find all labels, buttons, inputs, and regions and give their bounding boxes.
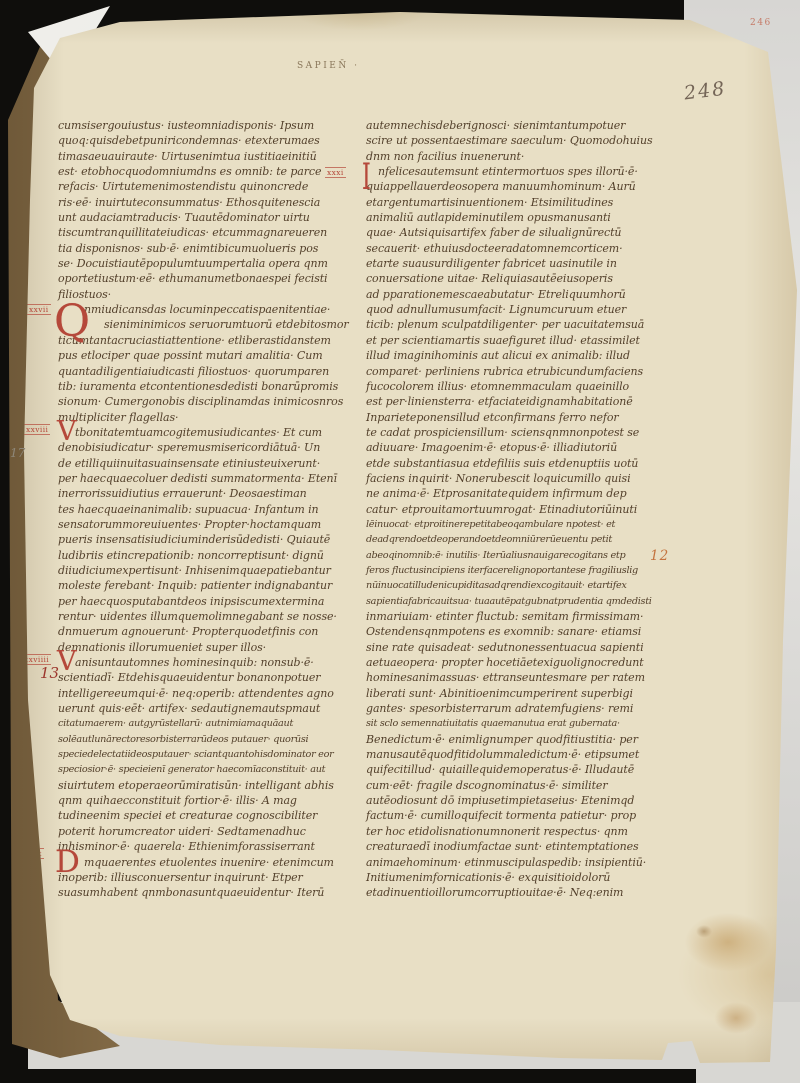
manuscript-photo: 246 SAPIEN̄ · 248 xxvii xxviii xxviiii x… <box>0 0 800 1083</box>
manuscript-line: se· Docuistiautēpopulumtuumpertalia oper… <box>58 256 350 271</box>
manuscript-line: pueris insensatisiudiciuminderisūdedisti… <box>58 532 350 547</box>
manuscript-line: adiuuare· Imagoenim·ē· etopus·ē· illiadi… <box>366 440 656 455</box>
manuscript-line: unt audaciamtraducis· Tuautēdominator ui… <box>58 210 350 225</box>
manuscript-line: citatumaerem· autgyrūstellarū· autnimiam… <box>58 716 350 731</box>
manuscript-line: ticib: plenum sculpatdiligenter· per uac… <box>366 317 656 332</box>
manuscript-line: etadinuentioillorumcorruptiouitae·ē· Neq… <box>366 885 656 900</box>
manuscript-line: Initiumenimfornicationis·ē· exquisitioid… <box>366 870 656 885</box>
manuscript-line: siuirtutem etoperaeorūmiratisūn· intelli… <box>58 778 350 793</box>
manuscript-line: uerunt quis·eēt· artifex· sedautignemaut… <box>58 701 350 716</box>
manuscript-line: factum·ē· cumilloquifecit tormenta patie… <box>366 808 656 823</box>
manuscript-line: filiostuos· <box>58 287 350 302</box>
margin-label-xxviii: xxviii <box>24 424 50 435</box>
manuscript-line: tiscumtranquillitateiudicas· etcummagnar… <box>58 225 350 240</box>
manuscript-line: scientiadī· Etdehisquaeuidentur bonanonp… <box>58 670 350 685</box>
manuscript-line: Inparieteponensillud etconfirmans ferro … <box>366 410 656 425</box>
manuscript-line: sensatorummoreuiuentes· Propter·hoctamqu… <box>58 517 350 532</box>
text-column-right: I autemnechisdeberignosci· sienimtantump… <box>366 118 656 901</box>
manuscript-line: pus etlociper quae possint mutari amalit… <box>58 348 350 363</box>
manuscript-line: dnmuerum agnouerunt· Propterquodetfinis … <box>58 624 350 639</box>
manuscript-line: et per scientiamartis suaefiguret illud·… <box>366 333 656 348</box>
manuscript-line: sieniminimicos seruorumtuorū etdebitosmo… <box>58 317 350 332</box>
manuscript-line: quae· Autsiquisartifex faber de silualig… <box>366 225 656 240</box>
manuscript-line: tes haecquaeinanimalib: supuacua· Infant… <box>58 502 350 517</box>
manuscript-line: tib: iuramenta etcontentionesdedisti bon… <box>58 379 350 394</box>
manuscript-line: quiappellauerdeosopera manuumhominum· Au… <box>366 179 656 194</box>
manuscript-line: quod adnullumusumfacit· Lignumcuruum etu… <box>366 302 656 317</box>
manuscript-line: inerrorissuidiutius errauerunt· Deosaest… <box>58 486 350 501</box>
initial-letter-i: I <box>362 160 371 196</box>
manuscript-line: ne anima·ē· Etprosanitatequidem infirmum… <box>366 486 656 501</box>
left-column-lines: cumsisergouiustus· iusteomniadisponis· I… <box>58 118 350 901</box>
manuscript-line: lēinuocat· etproitinerepetitabeoqambular… <box>366 517 656 532</box>
manuscript-line: nūinuocatilludenicupiditasadqrendiexcogi… <box>366 578 656 593</box>
manuscript-line: speciosior·ē· specieienī generator haeco… <box>58 762 350 777</box>
manuscript-line: diiudiciumexpertisunt· Inhisenimquaepati… <box>58 563 350 578</box>
manuscript-line: feros fluctusincipiens iterfacerelignopo… <box>366 563 656 578</box>
manuscript-line: tudineenim speciei et creaturae cognosci… <box>58 808 350 823</box>
margin-label-xxvii: xxvii <box>27 304 51 315</box>
manuscript-line: qnm quihaecconstituit fortior·ē· illis· … <box>58 793 350 808</box>
initial-letter-q: Q <box>54 300 90 344</box>
manuscript-line: de etilliquiinuitasuainsensate etiniuste… <box>58 456 350 471</box>
pencil-number: 17 <box>10 446 25 460</box>
manuscript-line: manusautēquodfitidolummaledictum·ē· etip… <box>366 747 656 762</box>
manuscript-line: autēodiosunt dō impiusetimpietaseius· Et… <box>366 793 656 808</box>
manuscript-line: inoperib: illiusconuersentur inquirunt· … <box>58 870 350 885</box>
right-column-lines: autemnechisdeberignosci· sienimtantumpot… <box>366 118 656 901</box>
manuscript-line: inmariuiam· etinter fluctub: semitam fir… <box>366 609 656 624</box>
manuscript-line: etargentumartisinuentionem· Etsimilitudi… <box>366 195 656 210</box>
manuscript-line: denobisiudicatur· speremusmisericordiātu… <box>58 440 350 455</box>
manuscript-line: faciens inquirit· Nonerubescit loquicumi… <box>366 471 656 486</box>
manuscript-line: per haecquosputabantdeos inipsiscumexter… <box>58 594 350 609</box>
folio-number: 248 <box>683 78 728 105</box>
manuscript-line: anisuntautomnes hominesinquib: nonsub·ē· <box>58 655 350 670</box>
manuscript-line: refacis· Uirtutemenimostendistu quinoncr… <box>58 179 350 194</box>
manuscript-line: ter hoc etidolisnationumnonerit respectu… <box>366 824 656 839</box>
manuscript-line: oportetiustum·eē· ethumanumetbonaespei f… <box>58 271 350 286</box>
manuscript-line: rentur· uidentes illumquemolimnegabant s… <box>58 609 350 624</box>
manuscript-line: liberati sunt· Abinitioenimcumperirent s… <box>366 686 656 701</box>
manuscript-line: dnm non facilius inuenerunt· <box>366 149 656 164</box>
manuscript-line: ris·eē· inuirtuteconsummatus· Ethosquite… <box>58 195 350 210</box>
manuscript-line: abeoqinomnib:ē· inutilis· Iterūaliusnaui… <box>366 548 656 563</box>
corner-folio-number: 246 <box>750 18 772 28</box>
manuscript-line: tbonitatemtuamcogitemusiudicantes· Et cu… <box>58 425 350 440</box>
manuscript-line: suasumhabent qnmbonasuntquaeuidentur· It… <box>58 885 350 900</box>
manuscript-line: demnationis illorumueniet super illos· <box>58 640 350 655</box>
manuscript-line: animaehominum· etinmuscipulaspedib: insi… <box>366 855 656 870</box>
manuscript-line: tia disponisnos· sub·ē· enimtibicumuolue… <box>58 241 350 256</box>
backdrop-bottom-edge <box>0 1069 696 1083</box>
manuscript-line: scire ut possentaestimare saeculum· Quom… <box>366 133 656 148</box>
manuscript-line: gantes· spesorbisterrarum adratemfugiens… <box>366 701 656 716</box>
manuscript-line: secauerit· ethuiusdocteeradatomnemcortic… <box>366 241 656 256</box>
manuscript-line: quifecitillud· quiaillequidemoperatus·ē·… <box>366 762 656 777</box>
manuscript-line: intelligereeumqui·ē· neq:operib: attende… <box>58 686 350 701</box>
manuscript-line: multipliciter flagellas· <box>58 410 350 425</box>
manuscript-line: moleste ferebant· Inquib: patienter indi… <box>58 578 350 593</box>
manuscript-line: Ostendensqnmpotens es exomnib: sanare· e… <box>366 624 656 639</box>
manuscript-line: Benedictum·ē· enimlignumper quodfitiusti… <box>366 732 656 747</box>
manuscript-line: speciedelectatiideosputauer· sciantquant… <box>58 747 350 762</box>
manuscript-line: etde substantiasua etdefiliis suis etden… <box>366 456 656 471</box>
manuscript-line: poterit horumcreator uideri· Sedtamenadh… <box>58 824 350 839</box>
manuscript-line: est per·liniensterra· etfaciateidignamha… <box>366 394 656 409</box>
manuscript-line: cumsisergouiustus· iusteomniadisponis· I… <box>58 118 350 133</box>
manuscript-line: fucocolorem illius· etomnemmaculam quaei… <box>366 379 656 394</box>
manuscript-line: sit sclo semennatiuitatis quaemanutua er… <box>366 716 656 731</box>
manuscript-line: catur· etprouitamortuumrogat· Etinadiuto… <box>366 502 656 517</box>
manuscript-line: conuersatione uitae· Reliquiasautēeiusop… <box>366 271 656 286</box>
manuscript-line: nfelicesautemsunt etintermortuos spes il… <box>366 164 656 179</box>
manuscript-line: autemnechisdeberignosci· sienimtantumpot… <box>366 118 656 133</box>
manuscript-line: etarte suausurdiligenter fabricet uasinu… <box>366 256 656 271</box>
manuscript-line: ludibriis etincrepationib: noncorreptisu… <box>58 548 350 563</box>
manuscript-line: sionum· Cumergonobis disciplinamdas inim… <box>58 394 350 409</box>
manuscript-line: nmiudicansdas locuminpeccatispaenitentia… <box>58 302 350 317</box>
manuscript-line: mquaerentes etuolentes inuenire· etenimc… <box>58 855 350 870</box>
manuscript-line: sapientiafabricauitsua· tuaautēpatgubnat… <box>366 594 656 609</box>
manuscript-line: comparet· perliniens rubrica etrubicundu… <box>366 364 656 379</box>
manuscript-line: ticumtantacruciastiattentione· etliberas… <box>58 333 350 348</box>
manuscript-line: est· etobhocquodomniumdns es omnib: te p… <box>58 164 350 179</box>
initial-letter-v2: V <box>57 648 76 675</box>
manuscript-line: illud imaginihominis aut alicui ex anima… <box>366 348 656 363</box>
manuscript-line: aetuaeopera· propter hocetiāetexiguolign… <box>366 655 656 670</box>
manuscript-line: per haecquaecoluer dedisti summatormenta… <box>58 471 350 486</box>
text-column-left: Q V V D cumsisergouiustus· iusteomniadis… <box>58 118 350 901</box>
manuscript-line: sine rate quisadeat· sedutnonessentuacua… <box>366 640 656 655</box>
manuscript-line: deadqrendoetdeoperandoetdeomniūrerūeuent… <box>366 532 656 547</box>
manuscript-line: cum·eēt· fragile dscognominatus·ē· simil… <box>366 778 656 793</box>
manuscript-line: quantadiligentiaiudicasti filiostuos· qu… <box>58 364 350 379</box>
manuscript-line: hominesanimassuas· ettranseuntesmare per… <box>366 670 656 685</box>
initial-letter-v1: V <box>57 418 76 445</box>
manuscript-page: SAPIEN̄ · 248 xxvii xxviii xxviiii xxx x… <box>0 0 800 1083</box>
manuscript-line: inhisminor·ē· quaerela· Ethienimforassis… <box>58 839 350 854</box>
initial-letter-d: D <box>55 847 80 878</box>
running-title: SAPIEN̄ · <box>297 61 359 71</box>
manuscript-line: creaturaedī inodiumfactae sunt· etintemp… <box>366 839 656 854</box>
manuscript-line: solēautlunārectoresorbisterrarūdeos puta… <box>58 732 350 747</box>
manuscript-line: quoq:quisdebetpuniricondemnas· etexterum… <box>58 133 350 148</box>
manuscript-line: animaliū autlapideminutilem opusmanusant… <box>366 210 656 225</box>
manuscript-line: te cadat prospiciensillum· sciensqnmnonp… <box>366 425 656 440</box>
manuscript-line: ad pparationemescaeabutatur· Etreliquumh… <box>366 287 656 302</box>
manuscript-line: timasaeuauiraute· Uirtusenimtua iustitia… <box>58 149 350 164</box>
